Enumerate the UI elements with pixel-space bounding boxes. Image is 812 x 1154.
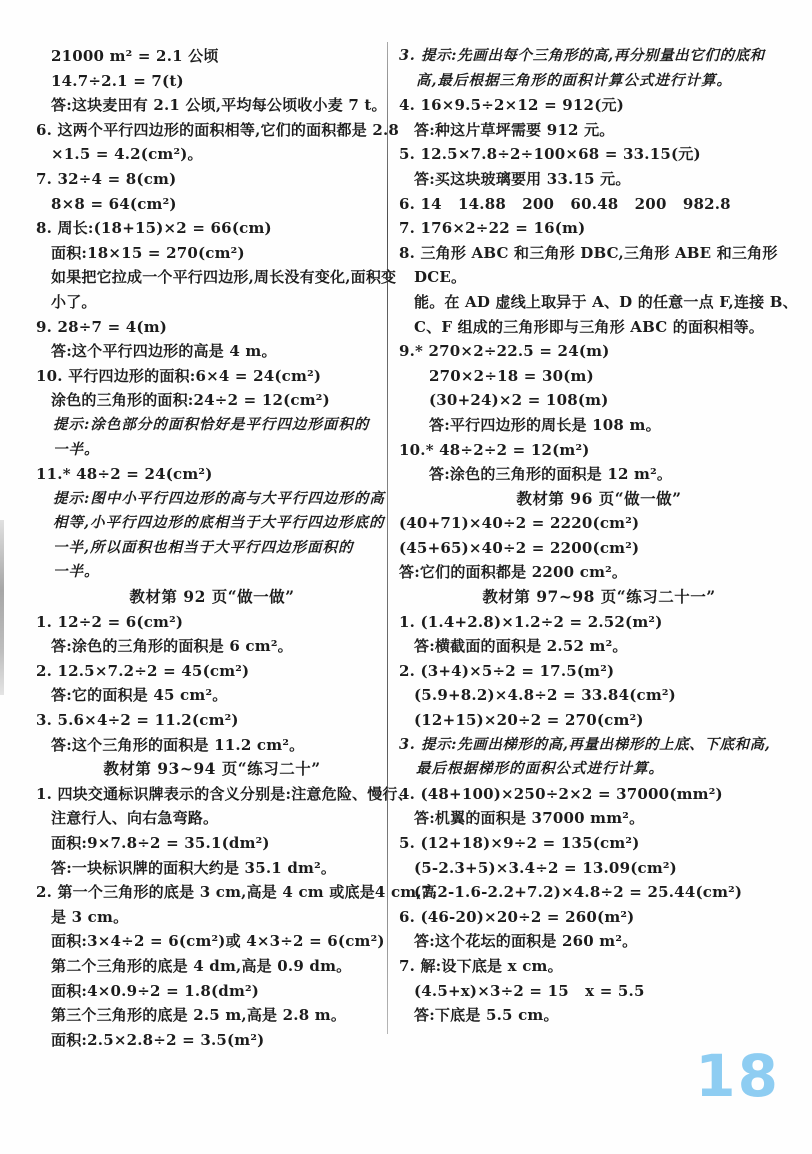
answer-line: 3. 提示:先画出每个三角形的高,再分别量出它们的底和 <box>399 44 799 69</box>
answer-line: 6. (46-20)×20÷2 = 260(m²) <box>399 905 799 930</box>
answer-line: 相等,小平行四边形的底相当于大平行四边形底的 <box>36 511 388 536</box>
right-column: 3. 提示:先画出每个三角形的高,再分别量出它们的底和高,最后根据三角形的面积计… <box>399 44 799 1028</box>
answer-line: 6. 14 14.88 200 60.48 200 982.8 <box>399 192 799 217</box>
answer-line: 1. (1.4+2.8)×1.2÷2 = 2.52(m²) <box>399 610 799 635</box>
answer-line: 答:这个花坛的面积是 260 m²。 <box>399 929 799 954</box>
answer-line: 答:它的面积是 45 cm²。 <box>36 683 388 708</box>
answer-line: 9.* 270×2÷22.5 = 24(m) <box>399 339 799 364</box>
answer-line: 一半,所以面积也相当于大平行四边形面积的 <box>36 536 388 561</box>
answer-line: 面积:4×0.9÷2 = 1.8(dm²) <box>36 979 388 1004</box>
answer-line: (30+24)×2 = 108(m) <box>399 388 799 413</box>
answer-line: 答:涂色的三角形的面积是 6 cm²。 <box>36 634 388 659</box>
section-heading: 教材第 97~98 页“练习二十一” <box>399 585 799 610</box>
answer-line: 答:平行四边形的周长是 108 m。 <box>399 413 799 438</box>
answer-line: C、F 组成的三角形即与三角形 ABC 的面积相等。 <box>399 315 799 340</box>
section-heading: 教材第 96 页“做一做” <box>399 487 799 512</box>
answer-line: 能。在 AD 虚线上取异于 A、D 的任意一点 F,连接 B、 <box>399 290 799 315</box>
answer-line: 1. 12÷2 = 6(cm²) <box>36 610 388 635</box>
answer-line: 答:这块麦田有 2.1 公顷,平均每公顷收小麦 7 t。 <box>36 93 388 118</box>
answer-line: 最后根据梯形的面积公式进行计算。 <box>399 757 799 782</box>
answer-line: 面积:18×15 = 270(cm²) <box>36 241 388 266</box>
answer-line: 面积:9×7.8÷2 = 35.1(dm²) <box>36 831 388 856</box>
answer-line: 答:机翼的面积是 37000 mm²。 <box>399 806 799 831</box>
answer-line: 7. 32÷4 = 8(cm) <box>36 167 388 192</box>
answer-line: 5. 12.5×7.8÷2÷100×68 = 33.15(元) <box>399 142 799 167</box>
answer-line: ×1.5 = 4.2(cm²)。 <box>36 142 388 167</box>
answer-line: 是 3 cm。 <box>36 905 388 930</box>
answer-line: 面积:3×4÷2 = 6(cm²)或 4×3÷2 = 6(cm²) <box>36 929 388 954</box>
answer-line: 提示:图中小平行四边形的高与大平行四边形的高 <box>36 487 388 512</box>
section-heading: 教材第 92 页“做一做” <box>36 585 388 610</box>
answer-line: (5-2.3+5)×3.4÷2 = 13.09(cm²) <box>399 856 799 881</box>
answer-line: (5.9+8.2)×4.8÷2 = 33.84(cm²) <box>399 683 799 708</box>
answer-line: 答:一块标识牌的面积大约是 35.1 dm²。 <box>36 856 388 881</box>
answer-line: 10.* 48÷2÷2 = 12(m²) <box>399 438 799 463</box>
answer-line: 答:它们的面积都是 2200 cm²。 <box>399 560 799 585</box>
answer-line: DCE。 <box>399 265 799 290</box>
answer-line: (12+15)×20÷2 = 270(cm²) <box>399 708 799 733</box>
answer-line: 答:横截面的面积是 2.52 m²。 <box>399 634 799 659</box>
answer-line: 2. (3+4)×5÷2 = 17.5(m²) <box>399 659 799 684</box>
answer-line: 8×8 = 64(cm²) <box>36 192 388 217</box>
answer-line: 第二个三角形的底是 4 dm,高是 0.9 dm。 <box>36 954 388 979</box>
answer-line: 1. 四块交通标识牌表示的含义分别是:注意危险、慢行、 <box>36 782 388 807</box>
answer-line: (4.5+x)×3÷2 = 15 x = 5.5 <box>399 979 799 1004</box>
answer-line: 21000 m² = 2.1 公顷 <box>36 44 388 69</box>
answer-line: 8. 三角形 ABC 和三角形 DBC,三角形 ABE 和三角形 <box>399 241 799 266</box>
answer-line: 答:买这块玻璃要用 33.15 元。 <box>399 167 799 192</box>
column-divider <box>387 42 388 1034</box>
answer-line: 5. (12+18)×9÷2 = 135(cm²) <box>399 831 799 856</box>
left-column: 21000 m² = 2.1 公顷14.7÷2.1 = 7(t)答:这块麦田有 … <box>36 44 388 1052</box>
answer-line: (40+71)×40÷2 = 2220(cm²) <box>399 511 799 536</box>
answer-line: 7. 176×2÷22 = 16(m) <box>399 216 799 241</box>
answer-line: 答:种这片草坪需要 912 元。 <box>399 118 799 143</box>
answer-line: 答:这个平行四边形的高是 4 m。 <box>36 339 388 364</box>
answer-line: 一半。 <box>36 438 388 463</box>
answer-line: (45+65)×40÷2 = 2200(cm²) <box>399 536 799 561</box>
section-heading: 教材第 93~94 页“练习二十” <box>36 757 388 782</box>
answer-line: 面积:2.5×2.8÷2 = 3.5(m²) <box>36 1028 388 1053</box>
answer-line: 270×2÷18 = 30(m) <box>399 364 799 389</box>
answer-line: 4. 16×9.5÷2×12 = 912(元) <box>399 93 799 118</box>
answer-line: 小了。 <box>36 290 388 315</box>
answer-line: 10. 平行四边形的面积:6×4 = 24(cm²) <box>36 364 388 389</box>
answer-line: 9. 28÷7 = 4(m) <box>36 315 388 340</box>
answer-line: 3. 5.6×4÷2 = 11.2(cm²) <box>36 708 388 733</box>
answer-line: 2. 第一个三角形的底是 3 cm,高是 4 cm 或底是4 cm,高 <box>36 880 388 905</box>
answer-line: 注意行人、向右急弯路。 <box>36 806 388 831</box>
answer-line: 4. (48+100)×250÷2×2 = 37000(mm²) <box>399 782 799 807</box>
answer-line: 8. 周长:(18+15)×2 = 66(cm) <box>36 216 388 241</box>
answer-line: 7. 解:设下底是 x cm。 <box>399 954 799 979</box>
answer-line: 涂色的三角形的面积:24÷2 = 12(cm²) <box>36 388 388 413</box>
answer-line: 3. 提示:先画出梯形的高,再量出梯形的上底、下底和高, <box>399 733 799 758</box>
workbook-answer-page: 21000 m² = 2.1 公顷14.7÷2.1 = 7(t)答:这块麦田有 … <box>0 0 812 1154</box>
answer-line: (7.2-1.6-2.2+7.2)×4.8÷2 = 25.44(cm²) <box>399 880 799 905</box>
answer-line: 一半。 <box>36 560 388 585</box>
answer-line: 高,最后根据三角形的面积计算公式进行计算。 <box>399 69 799 94</box>
answer-line: 11.* 48÷2 = 24(cm²) <box>36 462 388 487</box>
answer-line: 第三个三角形的底是 2.5 m,高是 2.8 m。 <box>36 1003 388 1028</box>
answer-line: 2. 12.5×7.2÷2 = 45(cm²) <box>36 659 388 684</box>
answer-line: 答:这个三角形的面积是 11.2 cm²。 <box>36 733 388 758</box>
answer-line: 答:下底是 5.5 cm。 <box>399 1003 799 1028</box>
page-number: 18 <box>695 1042 780 1110</box>
answer-line: 14.7÷2.1 = 7(t) <box>36 69 388 94</box>
scan-smudge <box>0 520 4 695</box>
answer-line: 如果把它拉成一个平行四边形,周长没有变化,面积变 <box>36 265 388 290</box>
answer-line: 提示:涂色部分的面积恰好是平行四边形面积的 <box>36 413 388 438</box>
answer-line: 6. 这两个平行四边形的面积相等,它们的面积都是 2.8 <box>36 118 388 143</box>
answer-line: 答:涂色的三角形的面积是 12 m²。 <box>399 462 799 487</box>
